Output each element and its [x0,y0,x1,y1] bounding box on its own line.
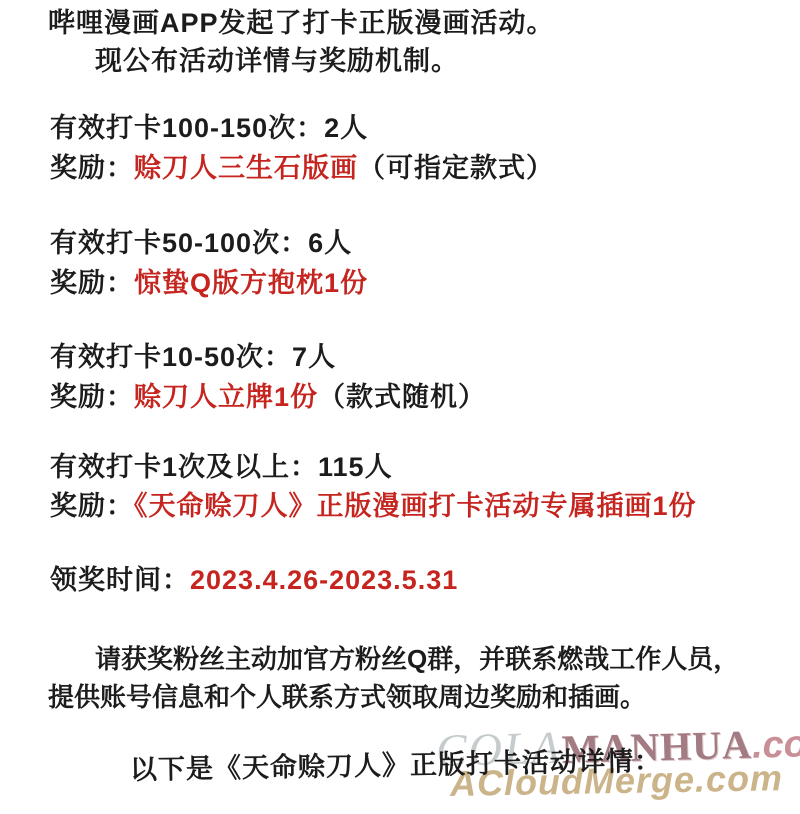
comic-announcement-page: 哔哩漫画APP发起了打卡正版漫画活动。 现公布活动详情与奖励机制。 有效打卡10… [0,0,800,814]
tier4-reward-label: 奖励： [50,491,134,521]
notice-line-2: 提供账号信息和个人联系方式领取周边奖励和插画。 [48,683,646,712]
intro-line-1: 哔哩漫画APP发起了打卡正版漫画活动。 [48,9,555,39]
claim-period-label: 领奖时间： [50,565,190,595]
tier3-reward: 奖励：赊刀人立牌1份（款式随机） [50,383,486,413]
tier1-condition: 有效打卡100-150次：2人 [50,114,368,144]
tier1-reward-highlight: 赊刀人三生石版画 [134,153,358,183]
tier1-reward-suffix: （可指定款式） [358,153,554,183]
tier4-reward-highlight: 《天命赊刀人》正版漫画打卡活动专属插画1份 [134,491,697,521]
tier2-reward-highlight: 惊蛰Q版方抱枕1份 [134,268,368,298]
tier1-reward-label: 奖励： [50,153,134,183]
notice-line-1: 请获奖粉丝主动加官方粉丝Q群，并联系燃哉工作人员， [95,645,739,674]
tier4-condition: 有效打卡1次及以上：115人 [50,453,393,483]
tier3-reward-highlight: 赊刀人立牌1份 [134,382,318,412]
tier2-reward: 奖励：惊蛰Q版方抱枕1份 [50,269,368,299]
tier4-reward: 奖励：《天命赊刀人》正版漫画打卡活动专属插画1份 [50,492,697,522]
tier3-condition: 有效打卡10-50次：7人 [50,343,336,373]
claim-period-dates: 2023.4.26-2023.5.31 [190,565,458,595]
tier3-reward-label: 奖励： [50,382,134,412]
tier3-reward-suffix: （款式随机） [318,382,486,412]
tier1-reward: 奖励：赊刀人三生石版画（可指定款式） [50,154,554,184]
claim-period: 领奖时间：2023.4.26-2023.5.31 [50,566,458,596]
tier2-condition: 有效打卡50-100次：6人 [50,229,352,259]
intro-line-2: 现公布活动详情与奖励机制。 [95,47,459,77]
tier2-reward-label: 奖励： [50,268,134,298]
